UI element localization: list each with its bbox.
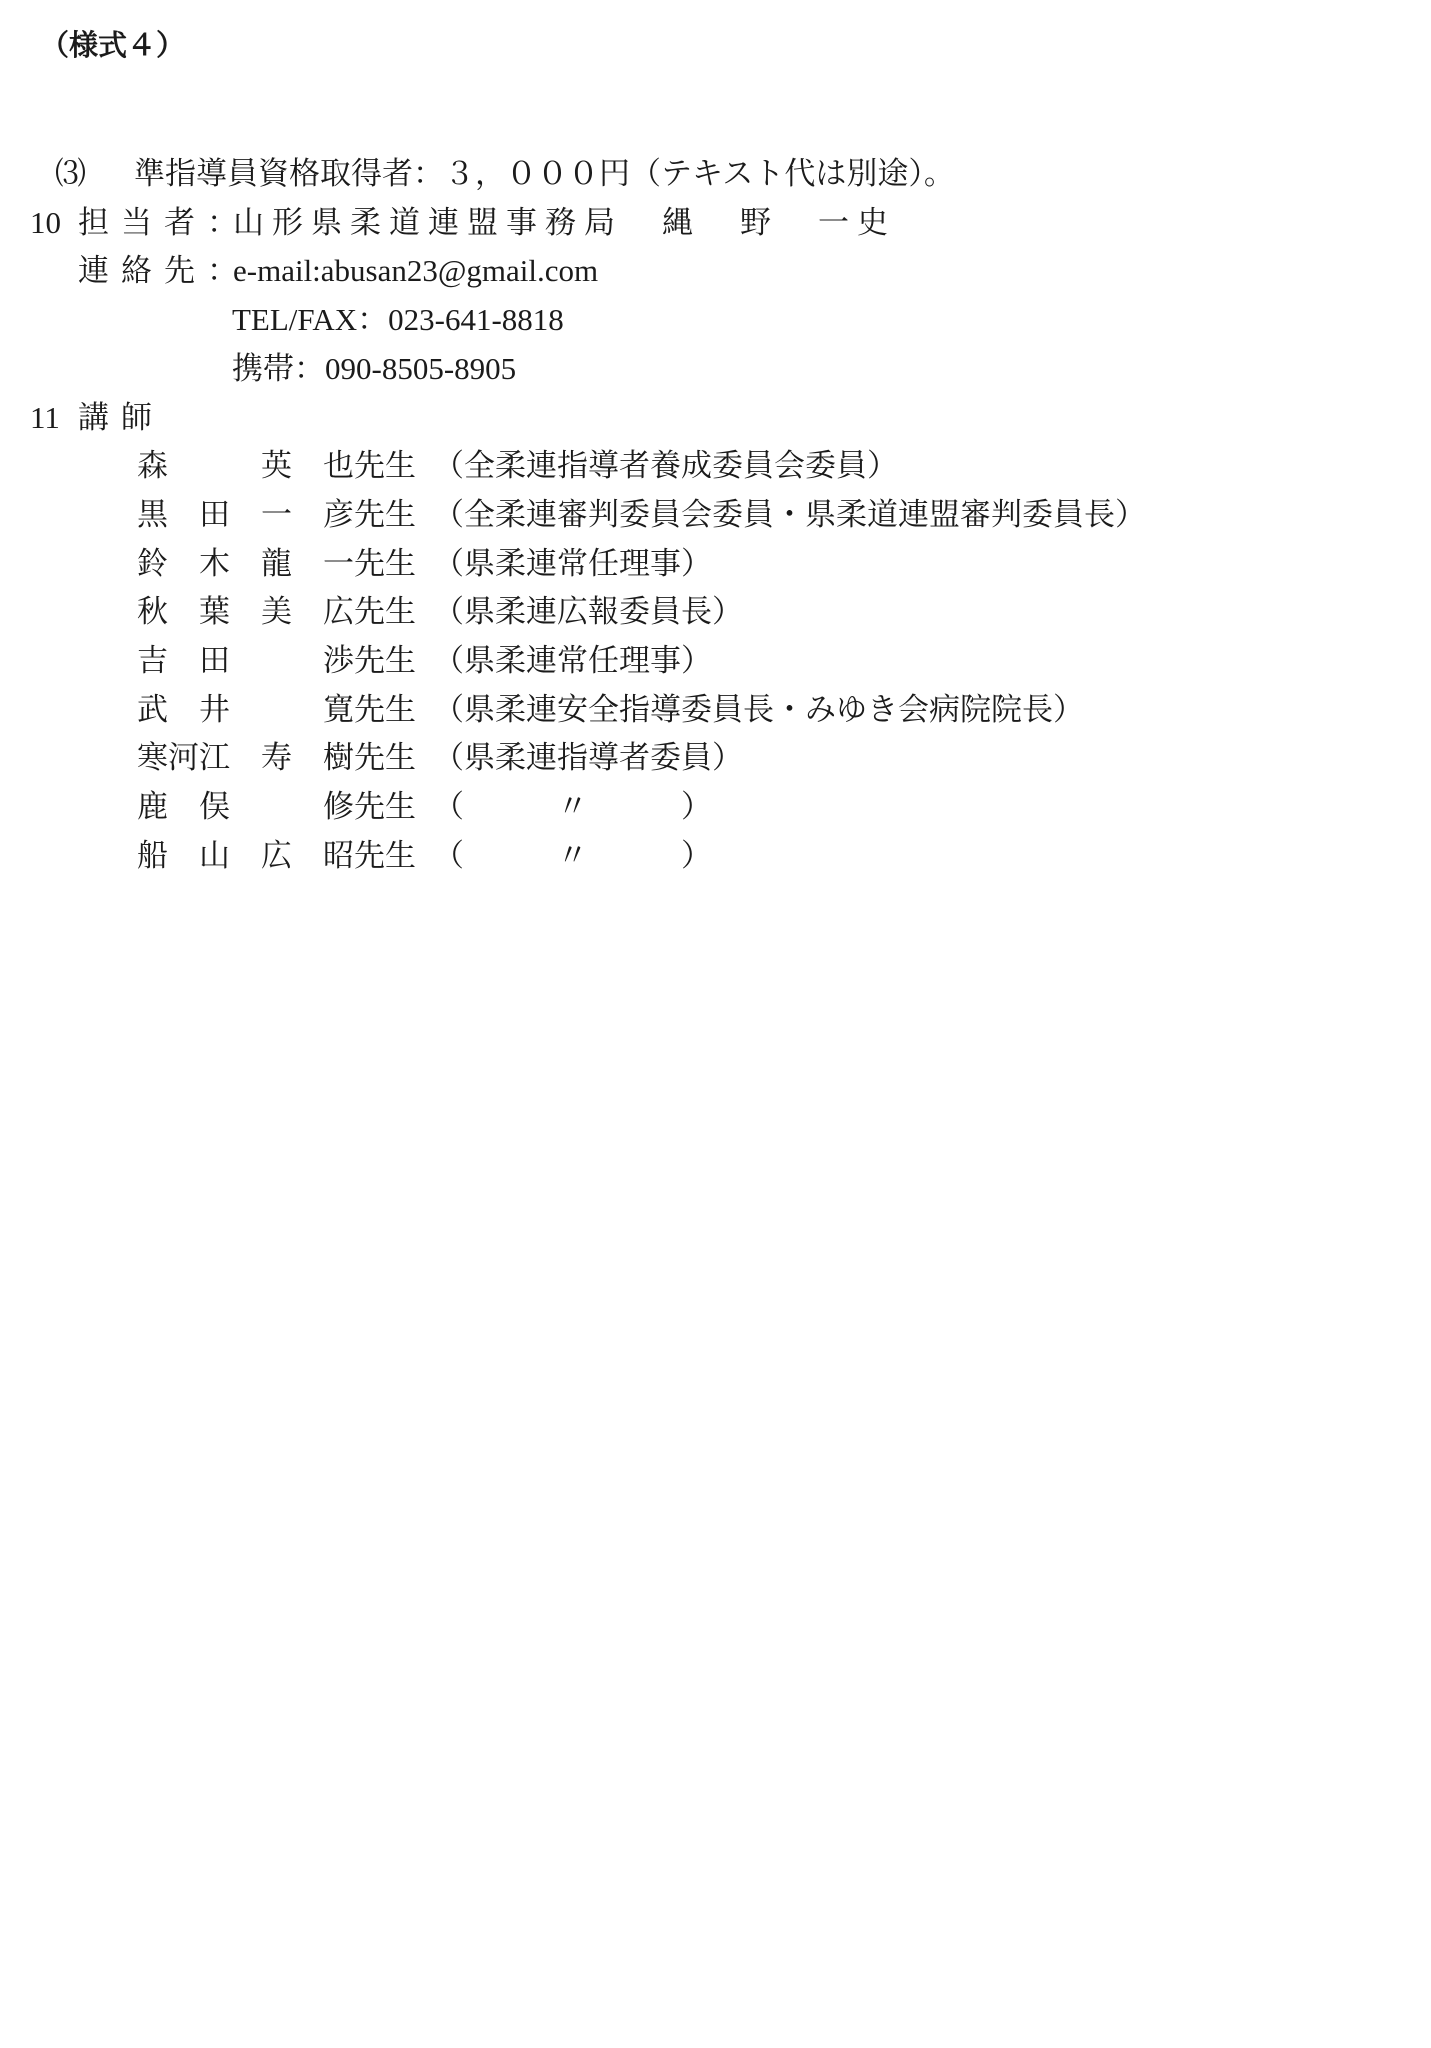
mobile-value: 携帯：090-8505-8905 [232,345,516,394]
document-body: ⑶ 準指導員資格取得者：３，０００円（テキスト代は別途）。 10 担当者： 山形… [30,150,1401,881]
lecturer-name: 武 井 寛 [137,686,354,735]
lecturer-name: 吉 田 渉 [137,637,354,686]
lecturer-row: 森 英 也先生 （全柔連指導者養成委員会委員） [30,442,1401,491]
lecturer-title: （ 〃 ） [433,832,712,881]
tel-fax-value: TEL/FAX：023-641-8818 [232,296,564,345]
lecturer-honorific: 先生 [354,491,416,540]
staff-line: 10 担当者： 山形県柔道連盟事務局 縄 野 一史 [30,199,1401,248]
lecturer-row: 黒 田 一 彦先生 （全柔連審判委員会委員・県柔道連盟審判委員長） [30,491,1401,540]
staff-value: 山形県柔道連盟事務局 縄 野 一史 [233,199,896,248]
lecturer-row: 鈴 木 龍 一先生 （県柔連常任理事） [30,540,1401,589]
contact-label: 連絡先： [78,247,233,296]
lecturer-honorific: 先生 [354,588,416,637]
lecturer-honorific: 先生 [354,442,416,491]
lecturer-name: 森 英 也 [137,442,354,491]
form-label: （様式４） [40,26,1401,66]
fee-item-text: 準指導員資格取得者：３，０００円（テキスト代は別途）。 [134,150,955,199]
lecturer-honorific: 先生 [354,783,416,832]
lecturer-title: （県柔連指導者委員） [433,734,743,783]
contact-line: 連絡先： e-mail:abusan23@gmail.com [30,247,1401,296]
fee-item-number: ⑶ [55,150,86,199]
staff-label: 担当者： [78,199,233,248]
lecturer-name: 鹿 俣 修 [137,783,354,832]
lecturer-honorific: 先生 [354,734,416,783]
lecturer-title: （全柔連審判委員会委員・県柔道連盟審判委員長） [433,491,1146,540]
lecturer-row: 寒河江 寿 樹先生 （県柔連指導者委員） [30,734,1401,783]
lecturer-row: 船 山 広 昭先生 （ 〃 ） [30,832,1401,881]
mobile-line: 携帯：090-8505-8905 [30,345,1401,394]
lecturers-item-number: 11 [30,394,78,443]
fee-note-line: ⑶ 準指導員資格取得者：３，０００円（テキスト代は別途）。 [30,150,1401,199]
lecturer-name: 鈴 木 龍 一 [137,540,354,589]
lecturer-title: （県柔連常任理事） [433,637,712,686]
lecturer-name: 船 山 広 昭 [137,832,354,881]
lecturer-honorific: 先生 [354,686,416,735]
lecturer-row: 吉 田 渉先生 （県柔連常任理事） [30,637,1401,686]
lecturer-title: （県柔連広報委員長） [433,588,743,637]
lecturer-name: 秋 葉 美 広 [137,588,354,637]
lecturer-title: （全柔連指導者養成委員会委員） [433,442,898,491]
contact-email: e-mail:abusan23@gmail.com [233,247,598,296]
lecturer-name: 寒河江 寿 樹 [137,734,354,783]
lecturer-name: 黒 田 一 彦 [137,491,354,540]
lecturer-title: （県柔連安全指導委員長・みゆき会病院院長） [433,686,1084,735]
lecturer-row: 秋 葉 美 広先生 （県柔連広報委員長） [30,588,1401,637]
lecturers-label: 講師 [78,394,233,443]
lecturer-row: 武 井 寛先生 （県柔連安全指導委員長・みゆき会病院院長） [30,686,1401,735]
lecturers-heading: 11 講師 [30,394,1401,443]
tel-fax-line: TEL/FAX：023-641-8818 [30,296,1401,345]
lecturer-title: （県柔連常任理事） [433,540,712,589]
document-page: （様式４） ⑶ 準指導員資格取得者：３，０００円（テキスト代は別途）。 10 担… [0,0,1431,2048]
lecturer-honorific: 先生 [354,540,416,589]
lecturer-honorific: 先生 [354,832,416,881]
lecturer-row: 鹿 俣 修先生 （ 〃 ） [30,783,1401,832]
lecturer-title: （ 〃 ） [433,783,712,832]
lecturer-honorific: 先生 [354,637,416,686]
staff-item-number: 10 [30,199,78,248]
